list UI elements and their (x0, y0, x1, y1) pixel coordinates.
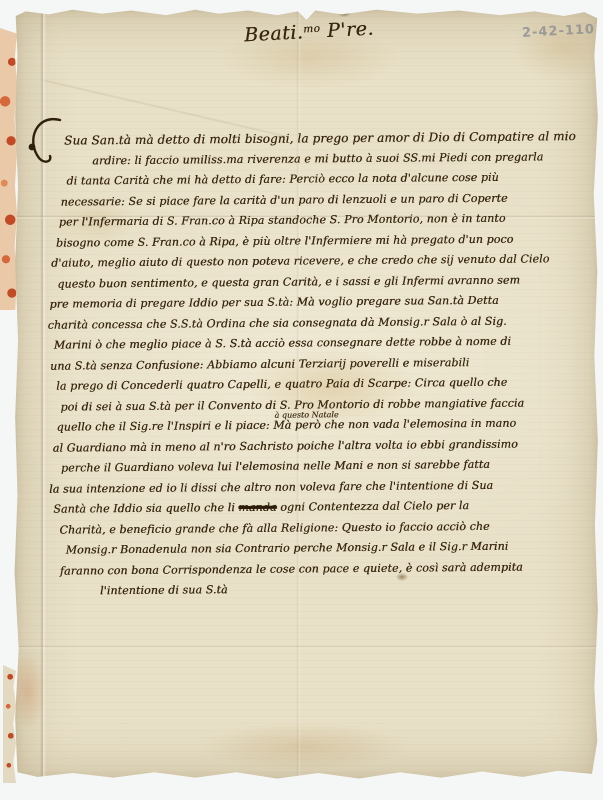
manuscript-lines: Sua San.tà mà detto di molti bisogni, la… (14, 126, 603, 603)
marbled-binding-edge-top (0, 28, 17, 310)
archival-number: 2-42-110 (522, 22, 596, 41)
strikethrough-word: manda (238, 501, 276, 514)
letter-heading-superscript: mo (303, 23, 321, 36)
interlinear-insertion: à questo Natale (274, 405, 338, 426)
manuscript-line: l'intentione di sua S.tà (18, 577, 603, 603)
letter-heading-rest: P're. (326, 18, 374, 42)
fold-crease-horizontal-lower (14, 645, 599, 649)
marbled-binding-edge-bottom (3, 665, 16, 783)
letter-heading: Beati.mo P're. (219, 16, 400, 47)
letter-heading-base: Beati. (244, 21, 304, 46)
manuscript-page: Beati.mo P're. 2-42-110 Sua San.tà mà de… (14, 9, 599, 780)
letter-body: Sua San.tà mà detto di molti bisogni, la… (14, 126, 603, 603)
manuscript-scan: Beati.mo P're. 2-42-110 Sua San.tà mà de… (0, 0, 603, 800)
